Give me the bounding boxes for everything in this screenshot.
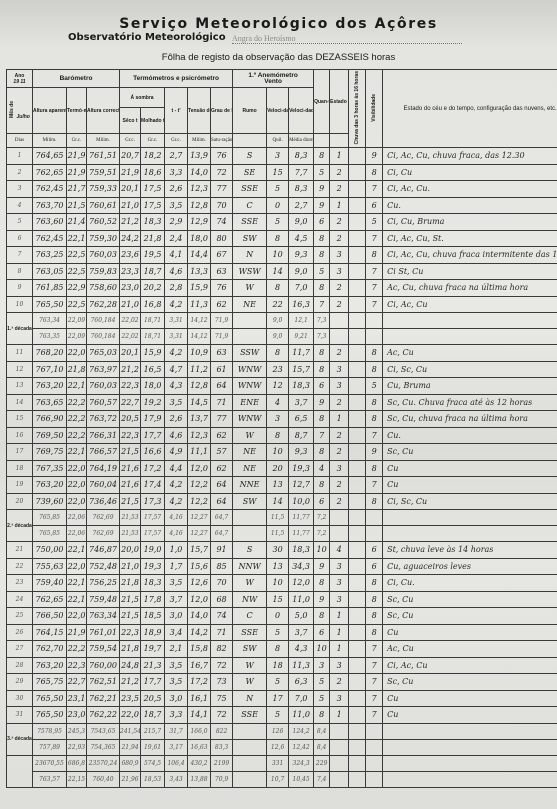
cell-tadj: 22,2	[67, 641, 87, 658]
cell-mar: 2	[330, 444, 349, 461]
cell-rain	[349, 707, 366, 724]
cell-vel: 8	[267, 427, 289, 444]
cell-alt: 763,20	[33, 657, 67, 674]
cell-alt: 766,90	[33, 411, 67, 428]
cell-corr: 763,97	[87, 361, 120, 378]
day-number: 2	[7, 164, 33, 181]
sum-empty	[330, 771, 349, 787]
cell-vis: 7	[366, 263, 383, 280]
sum-vel: 9,0	[267, 329, 289, 345]
sum-empty	[330, 755, 349, 771]
cell-rain	[349, 214, 366, 231]
decade-label: 3.ª década	[7, 723, 33, 755]
sum-velh: 10,45	[289, 771, 314, 787]
cell-seco: 21,0	[120, 558, 141, 575]
cell-diff: 3,7	[165, 591, 188, 608]
table-row: 20739,6022,0736,4621,517,34,212,264SW141…	[7, 493, 557, 510]
cell-rain	[349, 148, 366, 165]
cell-corr: 762,28	[87, 296, 120, 313]
sum-empty	[330, 510, 349, 526]
sum-empty	[383, 739, 557, 755]
cell-mar: 3	[330, 558, 349, 575]
cell-nuv: 9	[314, 197, 330, 214]
cell-diff: 4,1	[165, 247, 188, 264]
sum-vel: 12,6	[267, 739, 289, 755]
cell-rain	[349, 477, 366, 494]
cell-tens: 12,0	[188, 460, 211, 477]
shade-header: Á sombra	[120, 88, 165, 108]
cell-molh: 21,3	[141, 657, 165, 674]
cell-seco: 21,2	[120, 674, 141, 691]
cell-velh: 10,0	[289, 493, 314, 510]
cell-vel: 10	[267, 575, 289, 592]
cell-molh: 18,3	[141, 214, 165, 231]
cell-hum: 82	[211, 641, 233, 658]
cell-vel: 10	[267, 444, 289, 461]
cell-vel: 22	[267, 296, 289, 313]
sum-alt: 765,85	[33, 526, 67, 542]
cell-vis: 7	[366, 690, 383, 707]
cell-vis: 7	[366, 296, 383, 313]
unit-label: Gr.c.	[165, 134, 188, 148]
cell-hum: 63	[211, 345, 233, 362]
cell-velh: 9,0	[289, 214, 314, 231]
cell-vel: 18	[267, 657, 289, 674]
cell-tadj: 22,1	[67, 575, 87, 592]
sum-corr: 762,69	[87, 526, 120, 542]
cell-rumo: WNW	[233, 411, 267, 428]
cell-rain	[349, 608, 366, 625]
cell-corr: 759,30	[87, 230, 120, 247]
cell-rumo: S	[233, 542, 267, 559]
cell-tadj: 21,7	[67, 181, 87, 198]
cell-seco: 20,5	[120, 411, 141, 428]
table-row: 8763,0522,5759,8323,318,74,613,363WSW149…	[7, 263, 557, 280]
cell-alt: 762,70	[33, 641, 67, 658]
sky-description: Cu	[383, 624, 557, 641]
cell-vel: 8	[267, 280, 289, 297]
cell-molh: 18,5	[141, 608, 165, 625]
cell-rain	[349, 164, 366, 181]
sum-corr: 23570,24	[87, 755, 120, 771]
cell-velh: 3,7	[289, 394, 314, 411]
cell-vel: 3	[267, 148, 289, 165]
table-row: 28763,2022,3760,0024,821,33,516,772W1811…	[7, 657, 557, 674]
cell-nuv: 5	[314, 164, 330, 181]
day-number: 4	[7, 197, 33, 214]
sky-description: Cu.	[383, 427, 557, 444]
cell-vel: 30	[267, 542, 289, 559]
cell-seco: 20,1	[120, 345, 141, 362]
cell-mar: 2	[330, 296, 349, 313]
cell-nuv: 6	[314, 378, 330, 395]
sum-empty	[383, 510, 557, 526]
cell-hum: 64	[211, 477, 233, 494]
cell-vis: 7	[366, 707, 383, 724]
cell-nuv: 6	[314, 214, 330, 231]
sum-rumo	[233, 510, 267, 526]
cell-mar: 2	[330, 345, 349, 362]
unit-label	[233, 134, 267, 148]
cell-diff: 3,0	[165, 608, 188, 625]
cell-molh: 15,9	[141, 345, 165, 362]
sum-hum: 83,3	[211, 739, 233, 755]
cell-mar: 2	[330, 477, 349, 494]
cell-alt: 750,00	[33, 542, 67, 559]
cell-hum: 68	[211, 591, 233, 608]
days-label: Dias	[7, 134, 33, 148]
sum-corr: 754,365	[87, 739, 120, 755]
sum-tens: 12,27	[188, 526, 211, 542]
cell-tens: 12,8	[188, 378, 211, 395]
cell-tadj: 22,5	[67, 247, 87, 264]
cell-rain	[349, 624, 366, 641]
cell-hum: 77	[211, 181, 233, 198]
cell-mar: 3	[330, 657, 349, 674]
sum-empty	[349, 526, 366, 542]
cell-mar: 2	[330, 230, 349, 247]
cell-seco: 21,9	[120, 164, 141, 181]
table-row: 6762,4522,1759,3024,221,82,418,080SW84,5…	[7, 230, 557, 247]
table-row: 18767,3522,0764,1921,617,24,412,062NE201…	[7, 460, 557, 477]
cell-vis: 8	[366, 493, 383, 510]
sum-vel: 11,5	[267, 526, 289, 542]
sky-description: Sc, Cu	[383, 591, 557, 608]
decade-summary-row: 3.ª década7578,95245,37543,65241,54215,7…	[7, 723, 557, 739]
day-number: 5	[7, 214, 33, 231]
cell-corr: 763,72	[87, 411, 120, 428]
visibility-header: Visibilidade	[366, 70, 383, 148]
decade-summary-row: 1.ª década763,3422,09760,18422,0218,713,…	[7, 313, 557, 329]
sum-empty	[349, 771, 366, 787]
sum-diff: 4,16	[165, 510, 188, 526]
cell-velh: 12,7	[289, 477, 314, 494]
sky-description: Sc, Cu	[383, 674, 557, 691]
cell-tens: 16,1	[188, 690, 211, 707]
cell-rumo: NW	[233, 591, 267, 608]
decade-label	[7, 755, 33, 787]
cell-alt: 763,65	[33, 394, 67, 411]
day-number: 26	[7, 624, 33, 641]
cell-tadj: 22,1	[67, 230, 87, 247]
sum-diff: 3,17	[165, 739, 188, 755]
cell-diff: 3,5	[165, 674, 188, 691]
cell-vis: 8	[366, 575, 383, 592]
sum-seco: 21,94	[120, 739, 141, 755]
sum-alt: 757,89	[33, 739, 67, 755]
sky-description: Ci, Ac, Cu.	[383, 181, 557, 198]
cell-tens: 12,3	[188, 181, 211, 198]
cell-alt: 768,20	[33, 345, 67, 362]
cell-vel: 0	[267, 608, 289, 625]
cell-corr: 762,21	[87, 690, 120, 707]
table-row: 12767,1021,8763,9721,216,54,711,261WNW23…	[7, 361, 557, 378]
cell-alt: 764,15	[33, 624, 67, 641]
cell-rumo: W	[233, 427, 267, 444]
cell-velh: 9,0	[289, 263, 314, 280]
cell-alt: 769,75	[33, 444, 67, 461]
sum-hum: 64,7	[211, 510, 233, 526]
cell-alt: 762,65	[33, 591, 67, 608]
cell-hum: 64	[211, 493, 233, 510]
cell-velh: 3,7	[289, 624, 314, 641]
cell-tadj: 22,1	[67, 542, 87, 559]
sum-tadj: 245,3	[67, 723, 87, 739]
cell-rumo: SSE	[233, 624, 267, 641]
sum-nuv: 8,4	[314, 723, 330, 739]
sum-alt: 23670,55	[33, 755, 67, 771]
cell-seco: 21,2	[120, 214, 141, 231]
sum-tens: 14,12	[188, 329, 211, 345]
cell-hum: 67	[211, 247, 233, 264]
sum-velh: 9,21	[289, 329, 314, 345]
cell-tadj: 21,5	[67, 197, 87, 214]
cell-molh: 19,7	[141, 641, 165, 658]
cell-corr: 762,22	[87, 707, 120, 724]
cell-corr: 766,57	[87, 444, 120, 461]
cell-corr: 762,51	[87, 674, 120, 691]
sum-diff: 3,31	[165, 329, 188, 345]
cell-vel: 17	[267, 690, 289, 707]
cell-vel: 5	[267, 181, 289, 198]
cell-tens: 12,2	[188, 477, 211, 494]
sky-description: Ci St, Cu	[383, 263, 557, 280]
cell-hum: 76	[211, 280, 233, 297]
decade-summary-row: 765,8522,06762,6921,5317,574,1612,2764,7…	[7, 526, 557, 542]
cell-diff: 4,6	[165, 427, 188, 444]
cell-tadj: 21,4	[67, 214, 87, 231]
cell-tadj: 21,9	[67, 624, 87, 641]
cell-hum: 80	[211, 230, 233, 247]
cell-seco: 21,6	[120, 477, 141, 494]
cell-vis: 7	[366, 657, 383, 674]
cell-diff: 2,6	[165, 181, 188, 198]
cell-vis: 8	[366, 591, 383, 608]
unit-label: Quil.	[267, 134, 289, 148]
cell-tadj: 22,0	[67, 477, 87, 494]
cell-seco: 23,3	[120, 263, 141, 280]
cell-tadj: 22,0	[67, 345, 87, 362]
cell-seco: 24,2	[120, 230, 141, 247]
cell-rumo: C	[233, 608, 267, 625]
table-row: 16769,5022,2766,3122,317,74,612,362W88,7…	[7, 427, 557, 444]
cell-rain	[349, 378, 366, 395]
cell-vis: 8	[366, 624, 383, 641]
cell-molh: 18,6	[141, 164, 165, 181]
cell-rumo: W	[233, 280, 267, 297]
sum-rumo	[233, 771, 267, 787]
sum-rumo	[233, 739, 267, 755]
unit-label: Gr.c.	[141, 134, 165, 148]
cell-velh: 8,3	[289, 181, 314, 198]
cell-tens: 11,2	[188, 361, 211, 378]
cell-tadj: 22,1	[67, 591, 87, 608]
sky-description: Sc, Cu	[383, 608, 557, 625]
cell-alt: 763,70	[33, 197, 67, 214]
cell-seco: 21,0	[120, 197, 141, 214]
cell-diff: 4,3	[165, 378, 188, 395]
sky-description: Cu, Bruma	[383, 378, 557, 395]
cell-rumo: SW	[233, 230, 267, 247]
cell-diff: 2,7	[165, 148, 188, 165]
sum-diff: 31,7	[165, 723, 188, 739]
cell-rain	[349, 345, 366, 362]
cell-tens: 12,9	[188, 214, 211, 231]
cell-hum: 76	[211, 148, 233, 165]
sum-empty	[366, 755, 383, 771]
sky-description: Cu.	[383, 197, 557, 214]
cell-molh: 19,0	[141, 542, 165, 559]
cell-velh: 8,7	[289, 427, 314, 444]
cell-velh: 18,3	[289, 542, 314, 559]
sum-empty	[383, 771, 557, 787]
cell-corr: 760,57	[87, 394, 120, 411]
sum-nuv: 7,2	[314, 510, 330, 526]
cell-hum: 62	[211, 296, 233, 313]
cell-rumo: N	[233, 690, 267, 707]
sum-empty	[349, 329, 366, 345]
sum-tadj: 686,8	[67, 755, 87, 771]
cell-tadj: 22,2	[67, 394, 87, 411]
sum-diff: 106,4	[165, 755, 188, 771]
sky-description: Ac, Cu, chuva fraca na última hora	[383, 280, 557, 297]
cell-tadj: 21,9	[67, 148, 87, 165]
cell-velh: 18,3	[289, 378, 314, 395]
cell-mar: 3	[330, 247, 349, 264]
cell-molh: 17,3	[141, 493, 165, 510]
sum-hum: 70,9	[211, 771, 233, 787]
sum-rumo	[233, 755, 267, 771]
cell-molh: 18,7	[141, 707, 165, 724]
cell-vel: 5	[267, 624, 289, 641]
cell-alt: 755,63	[33, 558, 67, 575]
cell-vel: 14	[267, 493, 289, 510]
cell-nuv: 6	[314, 624, 330, 641]
cell-mar: 1	[330, 148, 349, 165]
cell-vel: 14	[267, 263, 289, 280]
cell-seco: 22,3	[120, 378, 141, 395]
cell-molh: 17,7	[141, 427, 165, 444]
sum-nuv: 7,3	[314, 313, 330, 329]
sky-description: Ac, Cu	[383, 345, 557, 362]
table-row: 5763,6021,4760,5221,218,32,912,974SSE59,…	[7, 214, 557, 231]
cell-hum: 62	[211, 460, 233, 477]
cell-vis: 6	[366, 542, 383, 559]
cell-tadj: 22,2	[67, 427, 87, 444]
table-row: 30765,5023,1762,2123,520,53,016,175N177,…	[7, 690, 557, 707]
cell-hum: 74	[211, 608, 233, 625]
day-number: 14	[7, 394, 33, 411]
cell-tens: 13,9	[188, 148, 211, 165]
sum-empty	[366, 329, 383, 345]
day-number: 7	[7, 247, 33, 264]
sum-nuv: 7,3	[314, 329, 330, 345]
cell-seco: 20,7	[120, 148, 141, 165]
cell-mar: 1	[330, 197, 349, 214]
sum-empty	[330, 313, 349, 329]
cell-corr: 764,19	[87, 460, 120, 477]
sum-diff: 4,16	[165, 526, 188, 542]
day-number: 22	[7, 558, 33, 575]
cell-seco: 21,5	[120, 444, 141, 461]
cell-nuv: 3	[314, 657, 330, 674]
sum-molh: 574,5	[141, 755, 165, 771]
cell-vis: 8	[366, 608, 383, 625]
cell-mar: 2	[330, 164, 349, 181]
cell-velh: 34,3	[289, 558, 314, 575]
cell-alt: 769,50	[33, 427, 67, 444]
cell-mar: 2	[330, 181, 349, 198]
cell-rumo: NE	[233, 460, 267, 477]
cell-hum: 62	[211, 427, 233, 444]
cell-hum: 85	[211, 558, 233, 575]
apparent-height-header: Altura aparente	[33, 88, 67, 134]
cell-rumo: ENE	[233, 394, 267, 411]
cell-nuv: 8	[314, 444, 330, 461]
cell-vel: 8	[267, 230, 289, 247]
cell-tadj: 22,7	[67, 674, 87, 691]
cell-corr: 766,31	[87, 427, 120, 444]
table-row: 23759,4022,1756,2521,818,33,512,670W1012…	[7, 575, 557, 592]
cell-rain	[349, 542, 366, 559]
cell-rain	[349, 641, 366, 658]
cell-hum: 91	[211, 542, 233, 559]
cell-vel: 0	[267, 197, 289, 214]
cell-vel: 5	[267, 707, 289, 724]
day-number: 1	[7, 148, 33, 165]
cell-seco: 22,0	[120, 707, 141, 724]
table-row: 29765,7522,7762,5121,217,73,517,273W56,3…	[7, 674, 557, 691]
cell-tens: 12,3	[188, 427, 211, 444]
observatory-name: Angra do Heroísmo	[232, 34, 462, 44]
cell-rumo: NE	[233, 296, 267, 313]
sum-tadj: 22,06	[67, 526, 87, 542]
cell-corr: 760,52	[87, 214, 120, 231]
cell-vis: 8	[366, 247, 383, 264]
cell-mar: 2	[330, 674, 349, 691]
cell-rain	[349, 674, 366, 691]
cell-tens: 14,2	[188, 624, 211, 641]
table-row: 25766,5022,0763,3421,518,53,014,074C05,0…	[7, 608, 557, 625]
sky-description: Cu	[383, 460, 557, 477]
day-number: 8	[7, 263, 33, 280]
sum-corr: 762,69	[87, 510, 120, 526]
sum-molh: 17,57	[141, 510, 165, 526]
sky-description: Ci, Ac, Cu	[383, 296, 557, 313]
cell-diff: 3,5	[165, 394, 188, 411]
cell-molh: 17,8	[141, 591, 165, 608]
table-row: 4763,7021,5760,6121,017,53,512,870C02,79…	[7, 197, 557, 214]
cell-corr: 759,48	[87, 591, 120, 608]
cell-rumo: SSW	[233, 345, 267, 362]
cell-alt: 767,35	[33, 460, 67, 477]
cell-vel: 13	[267, 477, 289, 494]
month-header: Mês de Julho	[7, 88, 33, 134]
sum-empty	[330, 723, 349, 739]
cell-nuv: 7	[314, 427, 330, 444]
table-row: 21750,0022,1746,8720,019,01,015,791S3018…	[7, 542, 557, 559]
thermometers-header: Termómetros e psicrómetro	[120, 70, 233, 88]
table-row: 2762,6521,9759,5121,918,63,314,072SE157,…	[7, 164, 557, 181]
cell-nuv: 6	[314, 493, 330, 510]
cell-nuv: 8	[314, 707, 330, 724]
cell-rumo: WSW	[233, 263, 267, 280]
cell-molh: 17,5	[141, 181, 165, 198]
cell-mar: 2	[330, 427, 349, 444]
cell-diff: 4,6	[165, 263, 188, 280]
rain-header: Chuva das 3 horas às 16 horas	[349, 70, 366, 148]
cell-alt: 764,65	[33, 148, 67, 165]
